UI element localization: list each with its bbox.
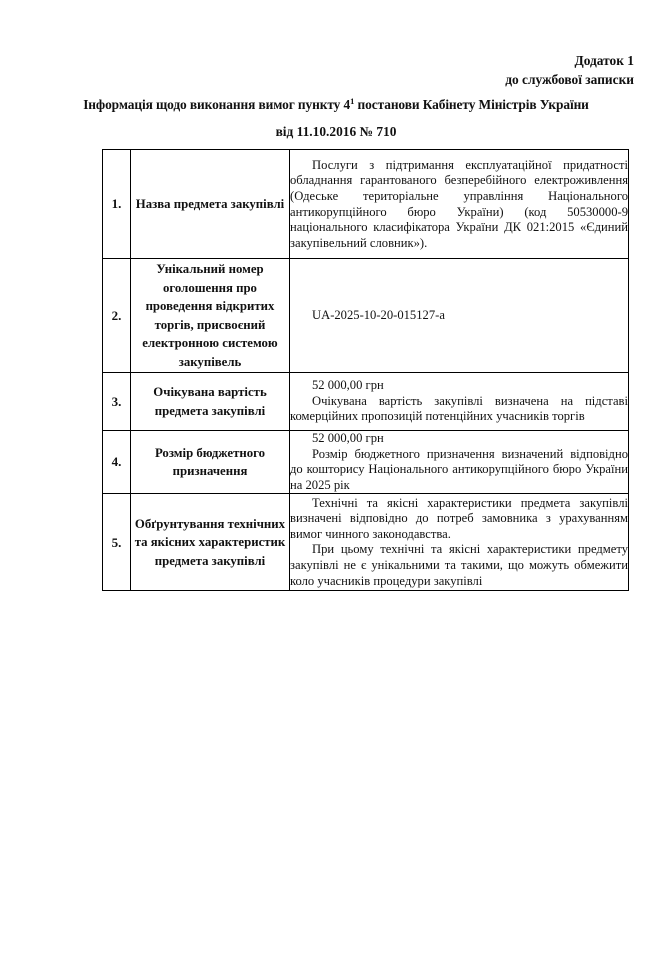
row-label: Розмір бюджетного призначення (131, 431, 290, 494)
row-value: 52 000,00 грн Розмір бюджетного призначе… (290, 431, 629, 494)
budget-amount: 52 000,00 грн (290, 431, 628, 447)
table-row: 3. Очікувана вартість предмета закупівлі… (103, 373, 629, 431)
procurement-info-table: 1. Назва предмета закупівлі Послуги з пі… (102, 149, 629, 591)
expected-cost-amount: 52 000,00 грн (290, 378, 628, 394)
row-number: 3. (103, 373, 131, 431)
annex-label: Додаток 1 (505, 51, 634, 70)
row-number: 5. (103, 494, 131, 591)
table-row: 4. Розмір бюджетного призначення 52 000,… (103, 431, 629, 494)
justification-paragraph-2: При цьому технічні та якісні характерист… (290, 542, 628, 589)
budget-note: Розмір бюджетного призначення визначений… (290, 447, 628, 494)
document-subtitle: від 11.10.2016 № 710 (0, 123, 672, 140)
row-value: 52 000,00 грн Очікувана вартість закупів… (290, 373, 629, 431)
table-row: 2. Унікальний номер оголошення про прове… (103, 259, 629, 373)
table-row: 1. Назва предмета закупівлі Послуги з пі… (103, 150, 629, 259)
row-number: 1. (103, 150, 131, 259)
row-number: 2. (103, 259, 131, 373)
row-label: Обґрунтування технічних та якісних харак… (131, 494, 290, 591)
document-title: Інформація щодо виконання вимог пункту 4… (0, 96, 672, 113)
row-value: Послуги з підтримання експлуатаційної пр… (290, 150, 629, 259)
row-label: Очікувана вартість предмета закупівлі (131, 373, 290, 431)
row-label: Назва предмета закупівлі (131, 150, 290, 259)
expected-cost-note: Очікувана вартість закупівлі визначена н… (290, 394, 628, 425)
annex-reference: до службової записки (505, 70, 634, 89)
title-text-end: постанови Кабінету Міністрів України (354, 97, 589, 112)
tender-id: UA-2025-10-20-015127-a (290, 308, 628, 324)
row-value: Технічні та якісні характеристики предме… (290, 494, 629, 591)
row-number: 4. (103, 431, 131, 494)
annex-header: Додаток 1 до службової записки (505, 51, 634, 89)
justification-paragraph-1: Технічні та якісні характеристики предме… (290, 496, 628, 543)
title-text-start: Інформація щодо виконання вимог пункту 4 (83, 97, 350, 112)
row-value: UA-2025-10-20-015127-a (290, 259, 629, 373)
table-row: 5. Обґрунтування технічних та якісних ха… (103, 494, 629, 591)
row-label: Унікальний номер оголошення про проведен… (131, 259, 290, 373)
procurement-subject-text: Послуги з підтримання експлуатаційної пр… (290, 158, 628, 252)
